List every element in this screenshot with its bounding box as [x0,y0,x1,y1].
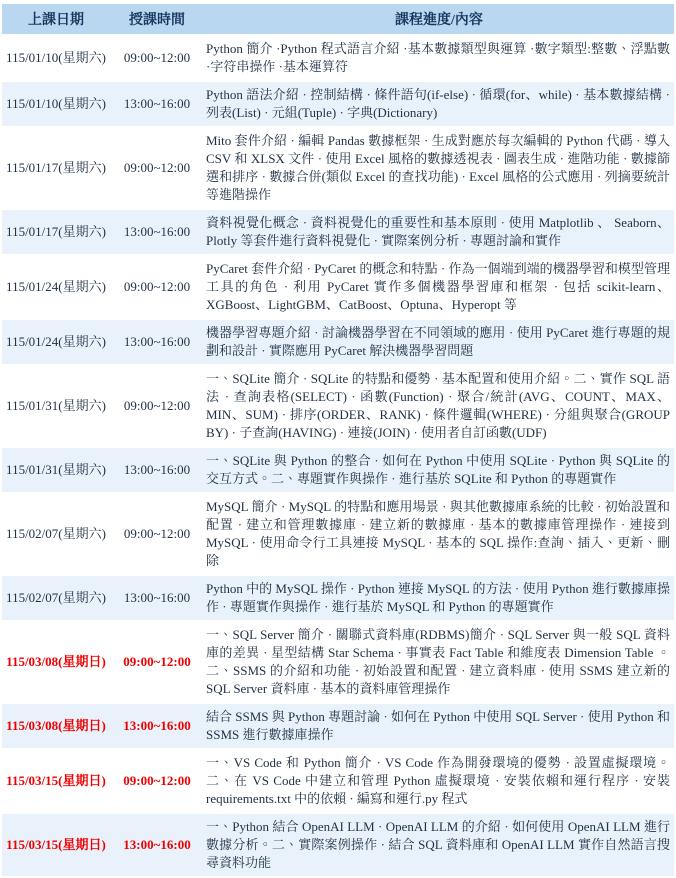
table-row: 115/01/31(星期六) 09:00~12:00 一、SQLite 簡介 ·… [2,366,674,448]
content-cell: 資料視覺化概念 · 資料視覺化的重要性和基本原則 · 使用 Matplotlib… [204,210,674,256]
content-cell: 一、SQL Server 簡介 · 關聯式資料庫(RDBMS)簡介 · SQL … [204,622,674,704]
date-cell: 115/03/15(星期日) [2,750,110,814]
content-cell: MySQL 簡介 · MySQL 的特點和應用場景 · 與其他數據庫系統的比較 … [204,494,674,576]
time-cell: 09:00~12:00 [110,622,204,704]
time-cell: 09:00~12:00 [110,36,204,82]
table-row: 115/03/15(星期日) 13:00~16:00 一、Python 結合 O… [2,814,674,878]
content-cell: Python 語法介紹 · 控制結構 · 條件語句(if-else) · 循環(… [204,82,674,128]
content-cell: Python 簡介 ·Python 程式語言介紹 ·基本數據類型與運算 ·數字類… [204,36,674,82]
time-cell: 09:00~12:00 [110,366,204,448]
content-cell: 結合 SSMS 與 Python 專題討論 · 如何在 Python 中使用 S… [204,704,674,750]
course-schedule-table: 上課日期 授課時間 課程進度/內容 115/01/10(星期六) 09:00~1… [2,4,674,878]
time-cell: 09:00~12:00 [110,494,204,576]
time-cell: 13:00~16:00 [110,210,204,256]
content-cell: Mito 套件介紹 · 編輯 Pandas 數據框架 · 生成對應於每次編輯的 … [204,128,674,210]
table-row: 115/03/15(星期日) 09:00~12:00 一、VS Code 和 P… [2,750,674,814]
table-row: 115/01/17(星期六) 13:00~16:00 資料視覺化概念 · 資料視… [2,210,674,256]
date-cell: 115/01/17(星期六) [2,210,110,256]
table-row: 115/01/31(星期六) 13:00~16:00 一、SQLite 與 Py… [2,448,674,494]
date-cell: 115/01/10(星期六) [2,82,110,128]
table-row: 115/01/24(星期六) 13:00~16:00 機器學習專題介紹 · 討論… [2,320,674,366]
table-row: 115/01/10(星期六) 13:00~16:00 Python 語法介紹 ·… [2,82,674,128]
time-cell: 13:00~16:00 [110,576,204,622]
content-cell: PyCaret 套件介紹 · PyCaret 的概念和特點 · 作為一個端到端的… [204,256,674,320]
table-row: 115/03/08(星期日) 09:00~12:00 一、SQL Server … [2,622,674,704]
content-cell: 一、Python 結合 OpenAI LLM · OpenAI LLM 的介紹 … [204,814,674,878]
time-cell: 13:00~16:00 [110,320,204,366]
table-header: 上課日期 授課時間 課程進度/內容 [2,4,674,36]
time-cell: 09:00~12:00 [110,256,204,320]
column-header-time: 授課時間 [110,4,204,36]
column-header-content: 課程進度/內容 [204,4,674,36]
table-row: 115/03/08(星期日) 13:00~16:00 結合 SSMS 與 Pyt… [2,704,674,750]
date-cell: 115/03/15(星期日) [2,814,110,878]
table-row: 115/02/07(星期六) 09:00~12:00 MySQL 簡介 · My… [2,494,674,576]
schedule-body: 115/01/10(星期六) 09:00~12:00 Python 簡介 ·Py… [2,36,674,878]
date-cell: 115/03/08(星期日) [2,704,110,750]
date-cell: 115/01/31(星期六) [2,366,110,448]
date-cell: 115/02/07(星期六) [2,576,110,622]
date-cell: 115/02/07(星期六) [2,494,110,576]
column-header-date: 上課日期 [2,4,110,36]
header-row: 上課日期 授課時間 課程進度/內容 [2,4,674,36]
time-cell: 09:00~12:00 [110,128,204,210]
table-row: 115/01/17(星期六) 09:00~12:00 Mito 套件介紹 · 編… [2,128,674,210]
date-cell: 115/01/24(星期六) [2,320,110,366]
content-cell: 機器學習專題介紹 · 討論機器學習在不同領域的應用 · 使用 PyCaret 進… [204,320,674,366]
time-cell: 13:00~16:00 [110,82,204,128]
table-row: 115/02/07(星期六) 13:00~16:00 Python 中的 MyS… [2,576,674,622]
time-cell: 09:00~12:00 [110,750,204,814]
time-cell: 13:00~16:00 [110,814,204,878]
date-cell: 115/01/10(星期六) [2,36,110,82]
table-row: 115/01/10(星期六) 09:00~12:00 Python 簡介 ·Py… [2,36,674,82]
time-cell: 13:00~16:00 [110,448,204,494]
date-cell: 115/01/17(星期六) [2,128,110,210]
content-cell: 一、VS Code 和 Python 簡介 · VS Code 作為開發環境的優… [204,750,674,814]
time-cell: 13:00~16:00 [110,704,204,750]
course-schedule-page: 上課日期 授課時間 課程進度/內容 115/01/10(星期六) 09:00~1… [2,4,674,878]
date-cell: 115/03/08(星期日) [2,622,110,704]
date-cell: 115/01/31(星期六) [2,448,110,494]
content-cell: Python 中的 MySQL 操作 · Python 連接 MySQL 的方法… [204,576,674,622]
content-cell: 一、SQLite 與 Python 的整合 · 如何在 Python 中使用 S… [204,448,674,494]
date-cell: 115/01/24(星期六) [2,256,110,320]
table-row: 115/01/24(星期六) 09:00~12:00 PyCaret 套件介紹 … [2,256,674,320]
content-cell: 一、SQLite 簡介 · SQLite 的特點和優勢 · 基本配置和使用介紹。… [204,366,674,448]
